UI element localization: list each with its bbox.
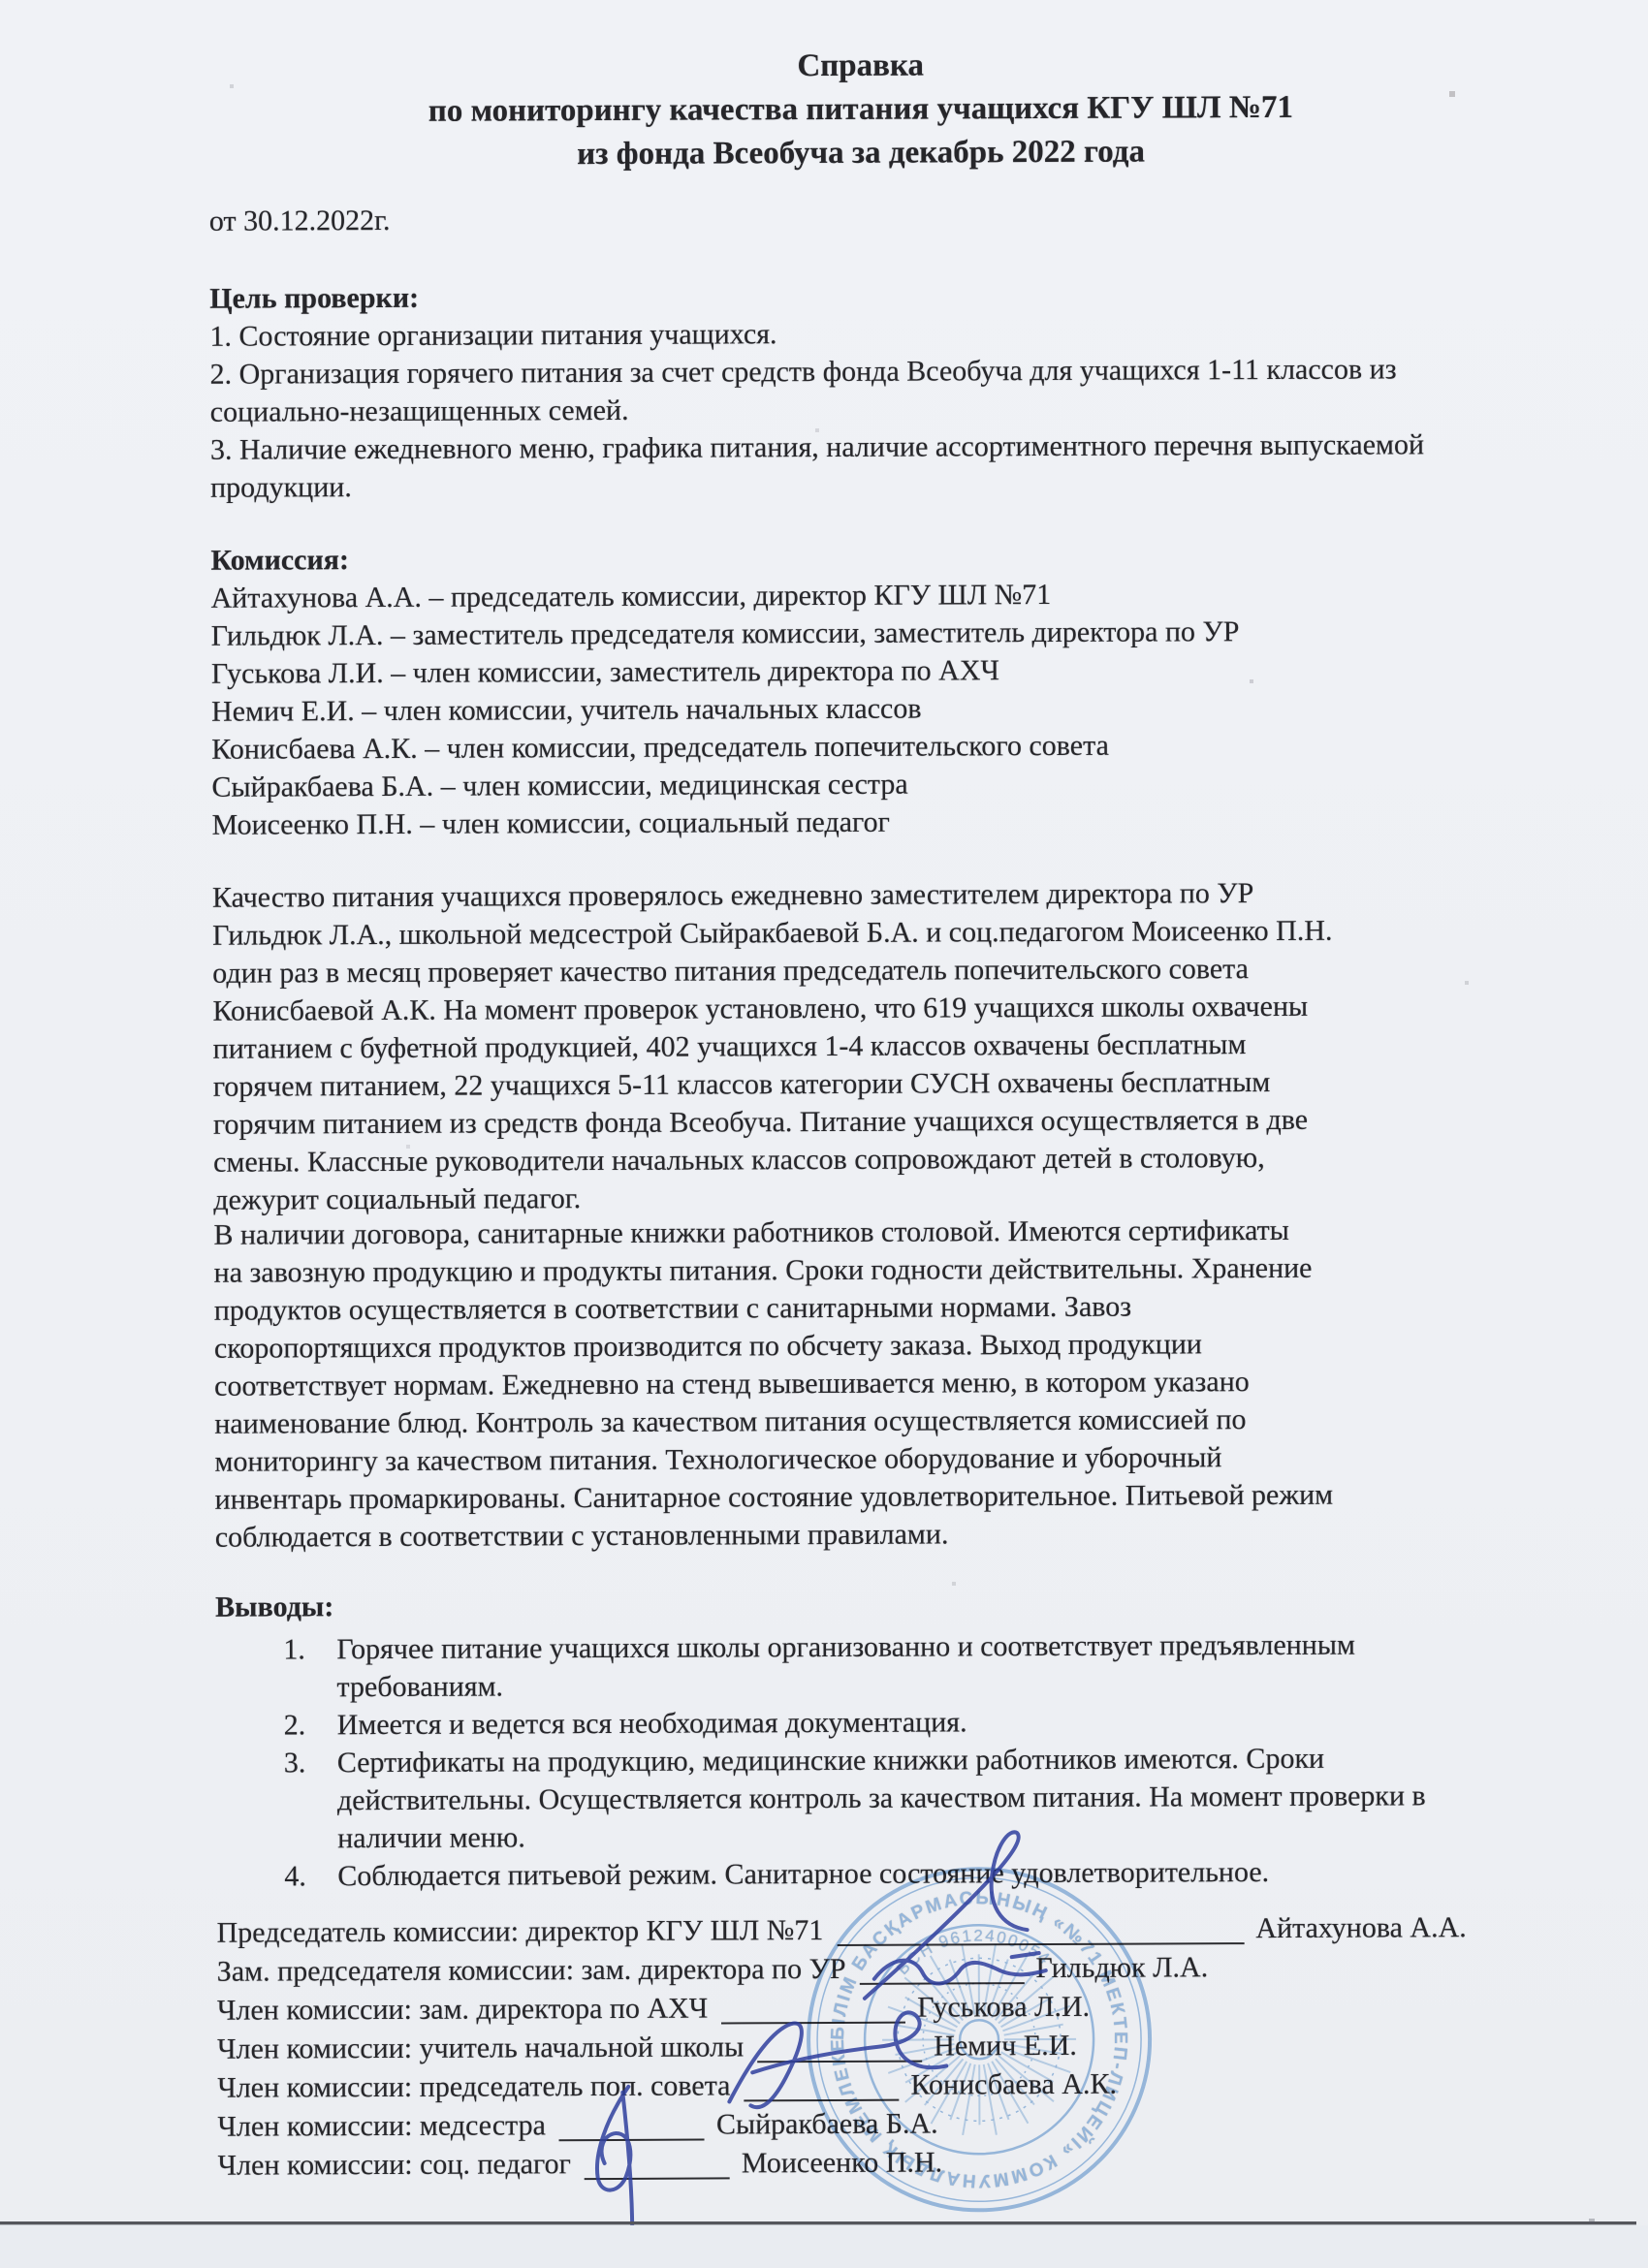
scanner-edge-strip — [0, 2225, 1648, 2268]
stamp-ring-text: БІЛІМ БАСҚАРМАСЫНЫҢ «№71 МЕКТЕП-ЛИЦЕЙІ» … — [804, 1865, 1130, 2192]
conclusion-item: 2. Имеется и ведется вся необходимая док… — [284, 1701, 1520, 1745]
conclusion-item: 3. Сертификаты на продукцию, медицинские… — [284, 1739, 1520, 1858]
commission-member: Моисеенко П.Н. – член комиссии, социальн… — [212, 801, 1516, 844]
document-date: от 30.12.2022г. — [209, 197, 1513, 240]
scanner-edge-line — [0, 2221, 1636, 2224]
paragraph-line: один раз в месяц проверяет качество пита… — [212, 949, 1516, 992]
conclusion-number: 3. — [284, 1744, 338, 1857]
paragraph-line: соблюдается в соответствии с установленн… — [215, 1513, 1519, 1557]
paragraph-line: Гильдюк Л.А., школьной медсестрой Сыйрак… — [212, 911, 1516, 955]
paragraph-line: Конисбаевой А.К. На момент проверок уста… — [212, 987, 1516, 1030]
conclusion-item: 1. Горячее питание учащихся школы органи… — [283, 1625, 1519, 1707]
commission-member: Айтахунова А.А. – председатель комиссии,… — [210, 574, 1514, 617]
signature-role-label: Член комиссии: учитель начальной школы — [217, 2028, 744, 2067]
section-commission: Комиссия: Айтахунова А.А. – председатель… — [210, 536, 1515, 844]
conclusion-number: 4. — [284, 1857, 337, 1895]
svg-text:БІЛІМ БАСҚАРМАСЫНЫҢ «№71 МЕКТЕ: БІЛІМ БАСҚАРМАСЫНЫҢ «№71 МЕКТЕП-ЛИЦЕЙІ» … — [804, 1865, 1130, 2192]
signature-role-label: Зам. председателя комиссии: зам. директо… — [217, 1950, 846, 1991]
paragraph-line: смены. Классные руководители начальных к… — [213, 1138, 1517, 1181]
conclusion-text: Горячее питание учащихся школы организов… — [336, 1625, 1500, 1706]
conclusion-number: 2. — [284, 1706, 337, 1744]
goal-items: 1. Состояние организации питания учащихс… — [209, 312, 1514, 507]
signature-underline — [585, 2175, 730, 2180]
paragraph-line: наименование блюд. Контроль за качеством… — [214, 1400, 1518, 1443]
paragraph-line: Качество питания учащихся проверялось еж… — [212, 873, 1516, 917]
commission-member: Немич Е.И. – член комиссии, учитель нача… — [211, 687, 1515, 731]
commission-member: Гильдюк Л.А. – заместитель председателя … — [211, 612, 1515, 655]
conclusion-text: Имеется и ведется вся необходимая докуме… — [337, 1701, 1501, 1744]
official-round-stamp: БІЛІМ БАСҚАРМАСЫНЫҢ «№71 МЕКТЕП-ЛИЦЕЙІ» … — [804, 1865, 1155, 2216]
paragraph-line: продуктов осуществляется в соответствии … — [214, 1286, 1518, 1330]
paragraph-line: мониторингу за качеством питания. Технол… — [214, 1437, 1518, 1481]
title-line: по мониторингу качества питания учащихся… — [208, 85, 1512, 135]
conclusions-list: 1. Горячее питание учащихся школы органи… — [215, 1625, 1520, 1896]
stamp-bsn-text: БСН 9612400054 — [893, 1926, 1055, 1978]
section-goal: Цель проверки: 1. Состояние организации … — [209, 274, 1514, 507]
paragraph-line: В наличии договора, санитарные книжки ра… — [213, 1211, 1517, 1254]
signatory-name: Айтахунова А.А. — [1255, 1908, 1467, 1947]
commission-member: Конисбаева А.К. – член комиссии, председ… — [211, 725, 1515, 769]
paragraph-line: на завозную продукцию и продукты питания… — [214, 1248, 1518, 1292]
svg-text:БСН 9612400054: БСН 9612400054 — [893, 1926, 1055, 1978]
paragraph-line: соответствует нормам. Ежедневно на стенд… — [214, 1362, 1518, 1405]
paragraph-line: питанием с буфетной продукцией, 402 учащ… — [213, 1024, 1517, 1068]
signature-role-label: Член комиссии: соц. педагог — [218, 2145, 571, 2185]
title-line: Справка — [208, 42, 1512, 91]
paragraph-line: горячим питанием из средств фонда Всеобу… — [213, 1100, 1517, 1144]
commission-members: Айтахунова А.А. – председатель комиссии,… — [210, 574, 1515, 844]
conclusion-number: 1. — [283, 1630, 336, 1706]
scanned-document-page: Справкапо мониторингу качества питания у… — [0, 0, 1648, 2268]
paragraph-line: скоропортящихся продуктов производится п… — [214, 1324, 1518, 1368]
signature-role-label: Член комиссии: председатель поп. совета — [217, 2066, 730, 2106]
goal-heading: Цель проверки: — [209, 274, 1513, 318]
scan-dust-specks — [0, 0, 2, 2]
signature-role-label: Председатель комиссии: директор КГУ ШЛ №… — [217, 1911, 824, 1952]
goal-item: 2. Организация горячего питания за счет … — [209, 350, 1513, 431]
paragraph-line: инвентарь промаркированы. Санитарное сос… — [215, 1475, 1519, 1519]
document-title: Справкапо мониторингу качества питания у… — [208, 42, 1513, 178]
commission-member: Гуськова Л.И. – член комиссии, заместите… — [211, 649, 1515, 693]
title-line: из фонда Всеобуча за декабрь 2022 года — [208, 129, 1512, 178]
commission-heading: Комиссия: — [210, 536, 1514, 580]
signature-role-label: Член комиссии: медсестра — [217, 2106, 546, 2145]
conclusions-heading: Выводы: — [215, 1583, 1519, 1626]
commission-member: Сыйракбаева Б.А. – член комиссии, медици… — [211, 763, 1515, 806]
goal-item: 3. Наличие ежедневного меню, графика пит… — [210, 425, 1514, 507]
document-sheet: Справкапо мониторингу качества питания у… — [0, 0, 1648, 2268]
signature-role-label: Член комиссии: зам. директора по АХЧ — [217, 1990, 708, 2030]
conclusion-text: Сертификаты на продукцию, медицинские кн… — [337, 1739, 1501, 1857]
signature-underline — [559, 2137, 705, 2142]
body-paragraph-1: Качество питания учащихся проверялось еж… — [212, 873, 1518, 1219]
goal-item: 1. Состояние организации питания учащихс… — [209, 312, 1513, 356]
paragraph-line: горячем питанием, 22 учащихся 5-11 класс… — [213, 1062, 1517, 1106]
body-paragraph-2: В наличии договора, санитарные книжки ра… — [213, 1211, 1519, 1557]
